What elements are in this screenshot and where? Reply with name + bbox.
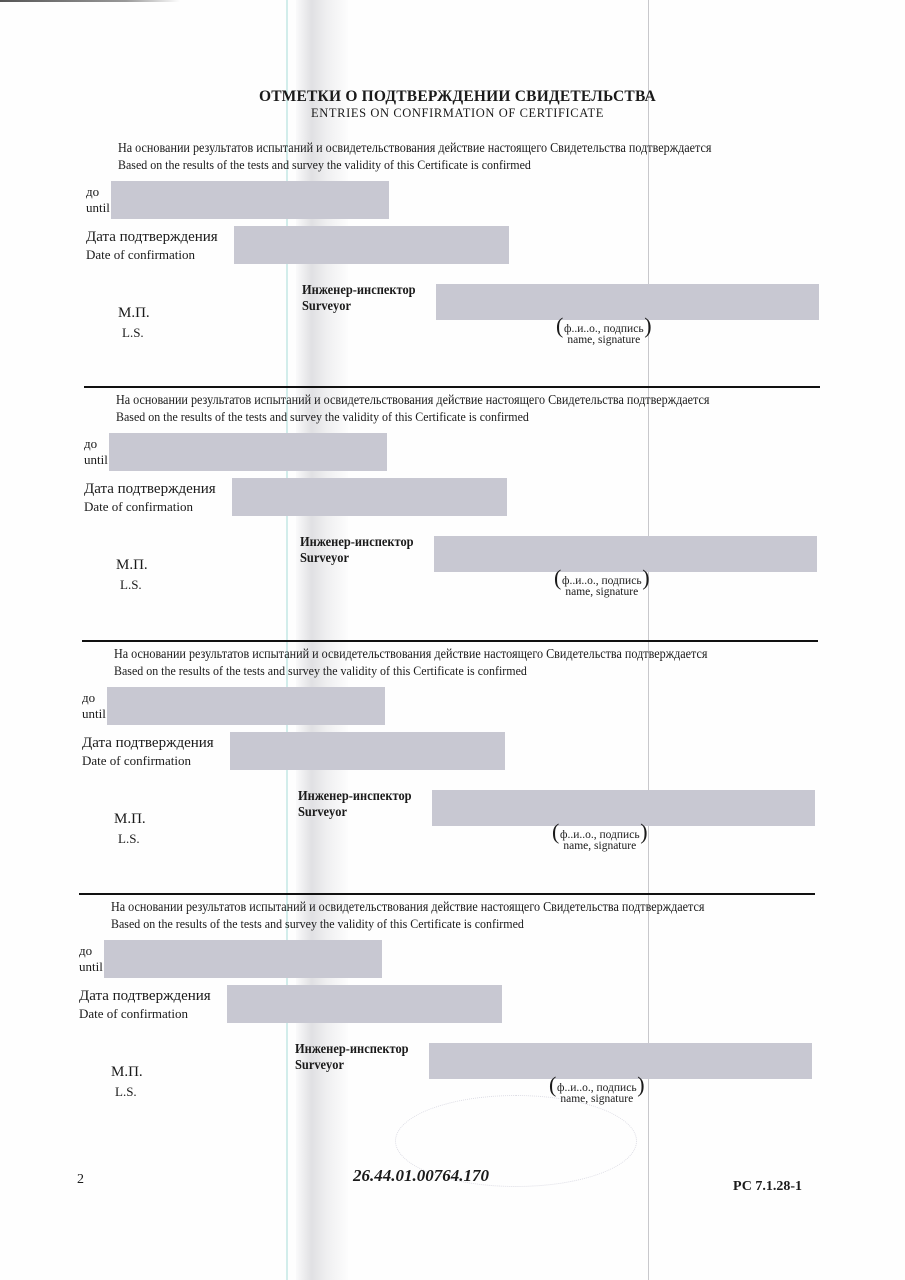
until-label-en: until [79, 959, 103, 975]
signature-hint: ( ф..и..о., подпись name, signature ) [562, 576, 642, 598]
date-label: Дата подтверждения Date of confirmation [84, 481, 216, 515]
paren-close: ) [642, 572, 649, 583]
scan-edge-artifact [0, 0, 180, 2]
paren-open: ( [556, 320, 563, 331]
date-label-en: Date of confirmation [86, 246, 218, 263]
until-label-en: until [84, 452, 108, 468]
seal-label-en: L.S. [115, 1082, 143, 1101]
seal-place-label: М.П. L.S. [114, 810, 146, 848]
date-label-en: Date of confirmation [84, 498, 216, 515]
until-label-ru: до [79, 943, 103, 959]
date-label: Дата подтверждения Date of confirmation [82, 735, 214, 769]
entry-intro: На основании результатов испытаний и осв… [111, 899, 704, 932]
paren-open: ( [549, 1079, 556, 1090]
entry-intro: На основании результатов испытаний и осв… [118, 140, 711, 173]
seal-place-label: М.П. L.S. [111, 1063, 143, 1101]
date-field-redacted [232, 478, 507, 516]
intro-ru: На основании результатов испытаний и осв… [116, 392, 709, 408]
confirmation-entry: На основании результатов испытаний и осв… [82, 640, 822, 890]
seal-label-ru: М.П. [114, 810, 146, 829]
surveyor-signature-redacted [434, 536, 817, 572]
entry-intro: На основании результатов испытаний и осв… [114, 646, 707, 679]
signature-hint: ( ф..и..о., подпись name, signature ) [560, 830, 640, 852]
intro-en: Based on the results of the tests and su… [116, 409, 709, 425]
surveyor-label-en: Surveyor [300, 550, 414, 566]
until-label-en: until [86, 200, 110, 216]
surveyor-label-ru: Инженер-инспектор [295, 1041, 409, 1057]
form-code: РС 7.1.28-1 [733, 1179, 802, 1195]
until-field-redacted [104, 940, 382, 978]
intro-en: Based on the results of the tests and su… [114, 663, 707, 679]
page-title: ОТМЕТКИ О ПОДТВЕРЖДЕНИИ СВИДЕТЕЛЬСТВА EN… [0, 88, 905, 121]
until-label: до until [86, 184, 110, 216]
seal-label-ru: М.П. [111, 1063, 143, 1082]
date-label: Дата подтверждения Date of confirmation [86, 229, 218, 263]
date-field-redacted [227, 985, 502, 1023]
sig-hint-en: name, signature [564, 335, 644, 346]
date-label: Дата подтверждения Date of confirmation [79, 988, 211, 1022]
signature-hint: ( ф..и..о., подпись name, signature ) [564, 324, 644, 346]
paren-close: ) [644, 320, 651, 331]
date-label-ru: Дата подтверждения [82, 735, 214, 752]
until-label: до until [82, 690, 106, 722]
surveyor-label: Инженер-инспектор Surveyor [302, 282, 416, 314]
until-label-ru: до [84, 436, 108, 452]
date-field-redacted [234, 226, 509, 264]
surveyor-label-en: Surveyor [302, 298, 416, 314]
seal-label-ru: М.П. [118, 304, 150, 323]
title-en: ENTRIES ON CONFIRMATION OF CERTIFICATE [10, 106, 905, 121]
date-label-ru: Дата подтверждения [86, 229, 218, 246]
seal-label-ru: М.П. [116, 556, 148, 575]
surveyor-signature-redacted [436, 284, 819, 320]
surveyor-label-ru: Инженер-инспектор [302, 282, 416, 298]
intro-ru: На основании результатов испытаний и осв… [114, 646, 707, 662]
confirmation-entry: На основании результатов испытаний и осв… [86, 134, 826, 384]
intro-ru: На основании результатов испытаний и осв… [118, 140, 711, 156]
date-label-ru: Дата подтверждения [79, 988, 211, 1005]
until-field-redacted [111, 181, 389, 219]
paren-open: ( [552, 826, 559, 837]
seal-label-en: L.S. [118, 829, 146, 848]
surveyor-label-en: Surveyor [298, 804, 412, 820]
confirmation-entry: На основании результатов испытаний и осв… [84, 386, 824, 636]
seal-label-en: L.S. [120, 575, 148, 594]
until-field-redacted [109, 433, 387, 471]
surveyor-label: Инженер-инспектор Surveyor [295, 1041, 409, 1073]
intro-en: Based on the results of the tests and su… [118, 157, 711, 173]
date-label-ru: Дата подтверждения [84, 481, 216, 498]
date-field-redacted [230, 732, 505, 770]
date-label-en: Date of confirmation [82, 752, 214, 769]
sig-hint-en: name, signature [560, 841, 640, 852]
seal-label-en: L.S. [122, 323, 150, 342]
date-label-en: Date of confirmation [79, 1005, 211, 1022]
section-divider [84, 386, 820, 388]
section-divider [82, 640, 818, 642]
until-label-ru: до [82, 690, 106, 706]
until-label: до until [79, 943, 103, 975]
seal-place-label: М.П. L.S. [118, 304, 150, 342]
until-field-redacted [107, 687, 385, 725]
page-number: 2 [77, 1172, 84, 1188]
surveyor-label: Инженер-инспектор Surveyor [298, 788, 412, 820]
surveyor-signature-redacted [432, 790, 815, 826]
paren-close: ) [640, 826, 647, 837]
seal-place-label: М.П. L.S. [116, 556, 148, 594]
paren-open: ( [554, 572, 561, 583]
certificate-number: 26.44.01.00764.170 [353, 1166, 489, 1186]
paren-close: ) [637, 1079, 644, 1090]
until-label-en: until [82, 706, 106, 722]
sig-hint-en: name, signature [562, 587, 642, 598]
intro-en: Based on the results of the tests and su… [111, 916, 704, 932]
until-label: до until [84, 436, 108, 468]
intro-ru: На основании результатов испытаний и осв… [111, 899, 704, 915]
surveyor-label-en: Surveyor [295, 1057, 409, 1073]
title-ru: ОТМЕТКИ О ПОДТВЕРЖДЕНИИ СВИДЕТЕЛЬСТВА [10, 88, 905, 106]
entry-intro: На основании результатов испытаний и осв… [116, 392, 709, 425]
surveyor-label: Инженер-инспектор Surveyor [300, 534, 414, 566]
surveyor-signature-redacted [429, 1043, 812, 1079]
surveyor-label-ru: Инженер-инспектор [300, 534, 414, 550]
section-divider [79, 893, 815, 895]
until-label-ru: до [86, 184, 110, 200]
surveyor-label-ru: Инженер-инспектор [298, 788, 412, 804]
